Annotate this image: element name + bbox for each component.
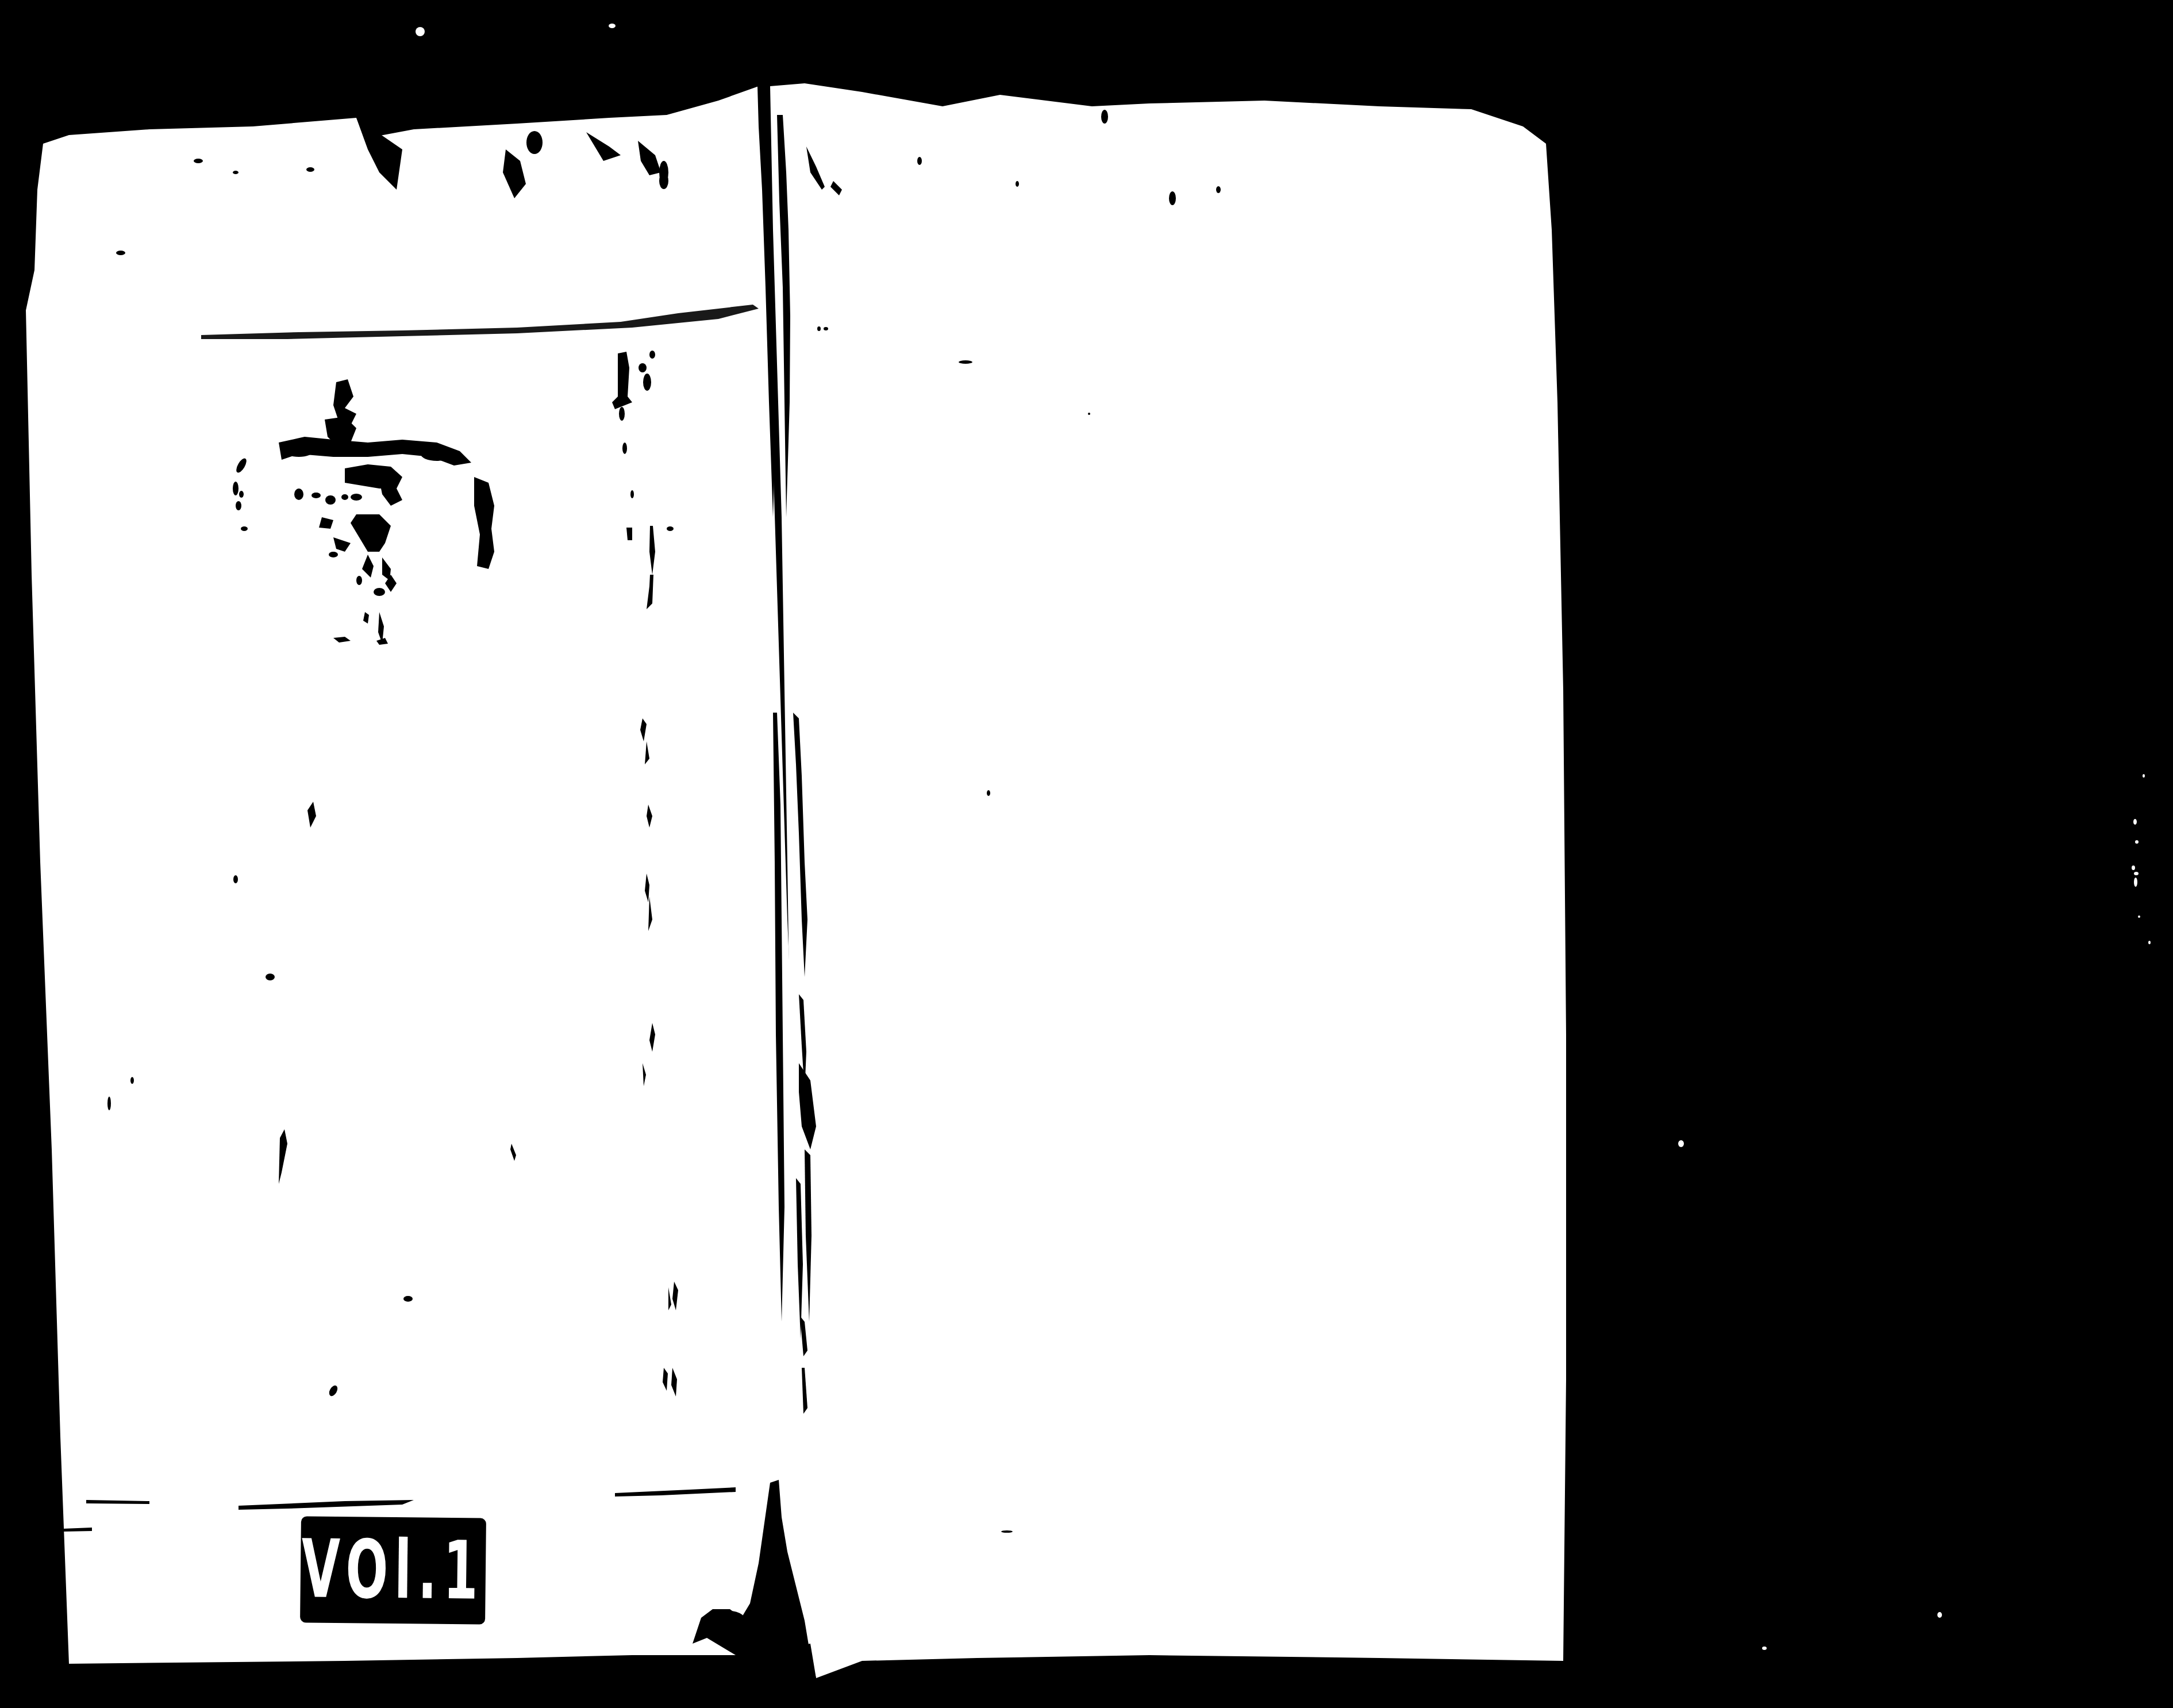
volume-label: VOl.1: [300, 1516, 486, 1624]
volume-label-text: VOl.1: [301, 1529, 485, 1611]
scan-image: [0, 0, 2173, 1708]
right-page: [770, 83, 1566, 1678]
left-cover: [26, 86, 810, 1664]
